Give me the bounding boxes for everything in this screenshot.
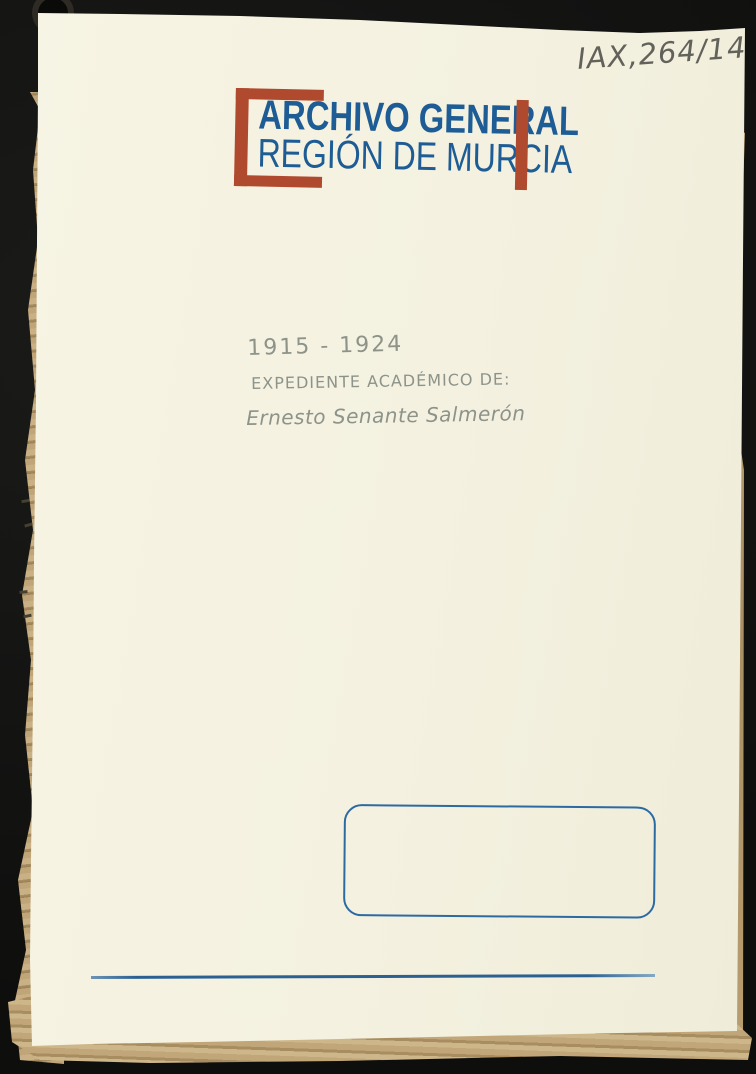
stamp-text: ARCHIVO GENERAL REGIÓN DE MURCIA	[257, 94, 579, 180]
edge-print-fragment	[24, 523, 33, 528]
handwritten-student-name: Ernesto Senante Salmerón	[246, 401, 526, 430]
scan-background: IAX,264/14 ARCHIVO GENERAL REGIÓN DE MUR…	[0, 0, 756, 1074]
footer-rule	[91, 974, 655, 979]
stamp-subtitle: REGIÓN DE MURCIA	[257, 134, 578, 180]
handwritten-date-range: 1915 - 1924	[247, 332, 404, 361]
cover-page: IAX,264/14 ARCHIVO GENERAL REGIÓN DE MUR…	[0, 0, 756, 1074]
edge-print-fragment	[21, 499, 29, 503]
archive-stamp: ARCHIVO GENERAL REGIÓN DE MURCIA	[234, 86, 542, 204]
archive-reference-code: IAX,264/14	[576, 30, 747, 76]
stamp-bar-right-icon	[515, 100, 529, 190]
handwritten-expediente-title: EXPEDIENTE ACADÉMICO DE:	[251, 369, 511, 393]
blank-label-box	[343, 804, 656, 919]
